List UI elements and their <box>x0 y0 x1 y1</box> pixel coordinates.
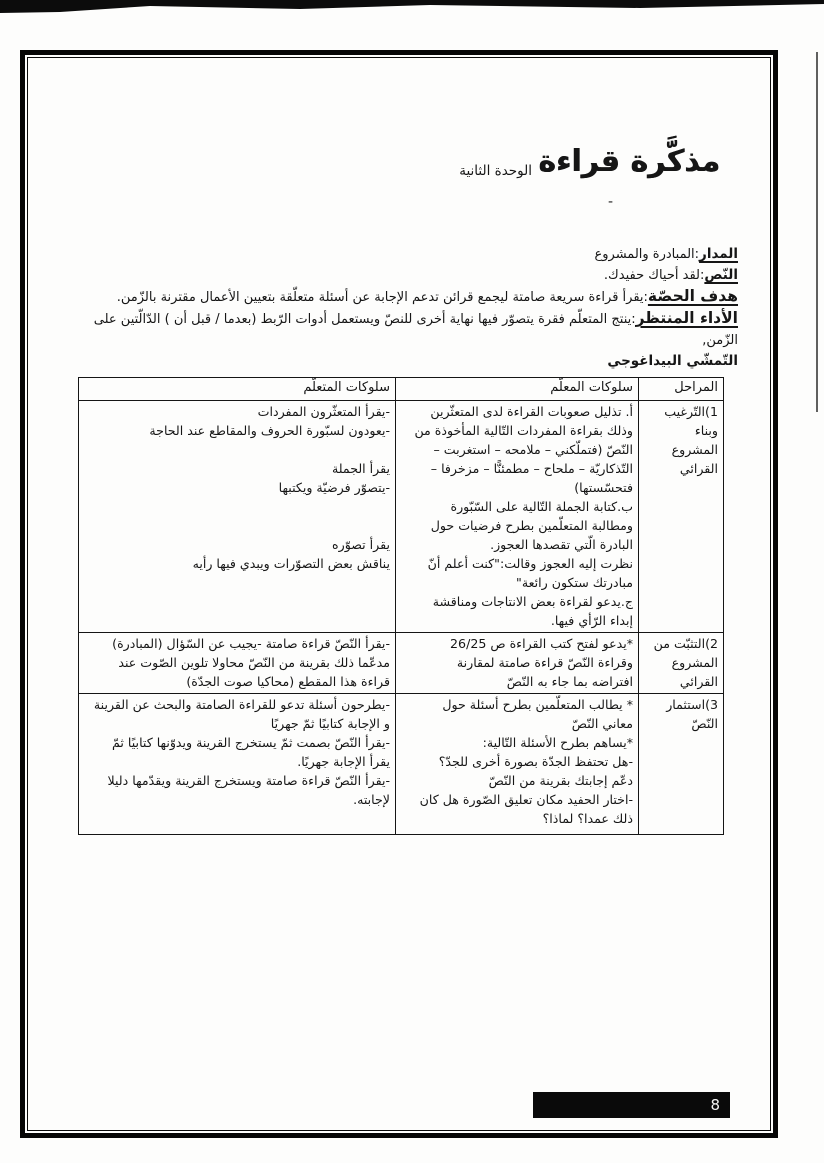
stage-3-name: 3)استثمار النّصّ <box>639 694 724 835</box>
stage-2-teacher-behaviors: *يدعو لفتح كتب القراءة ص 26/25 وقراءة ال… <box>396 633 639 694</box>
axis-label: المدار <box>699 246 738 262</box>
scan-artifact-dash: - <box>608 194 613 210</box>
lesson-plan-table: المراحل سلوكات المعلّم سلوكات المتعلّم 1… <box>78 377 724 835</box>
stage-3-learner-behaviors: -يطرحون أسئلة تدعو للقراءة الصامتة والبح… <box>79 694 396 835</box>
unit-label: الوحدة الثانية <box>459 163 532 179</box>
stage-1-teacher-behaviors: أ. تذليل صعوبات القراءة لدى المتعثّرين و… <box>396 401 639 633</box>
meta-line-text: النّص:لقد أحياك حفيدك. <box>70 265 738 286</box>
text-value: :لقد أحياك حفيدك. <box>604 268 704 283</box>
table-header-row: المراحل سلوكات المعلّم سلوكات المتعلّم <box>79 378 724 401</box>
lesson-meta-block: المدار:المبادرة والمشروع النّص:لقد أحياك… <box>70 244 738 371</box>
table-row-stage-1: 1)التّرغيب وبناء المشروع القرائي أ. تذلي… <box>79 401 724 633</box>
expected-performance-label: الأداء المنتظر <box>636 309 738 327</box>
stage-3-teacher-behaviors: * يطالب المتعلّمين بطرح أسئلة حول معاني … <box>396 694 639 835</box>
objective-value: :يقرأ قراءة سريعة صامتة ليجمع قرائن تدعم… <box>117 290 648 305</box>
col-header-learner-behaviors: سلوكات المتعلّم <box>79 378 396 401</box>
document-title: مذكَّرة قراءة <box>538 144 720 179</box>
meta-line-axis: المدار:المبادرة والمشروع <box>70 244 738 265</box>
scan-artifact-right-edge <box>816 52 818 412</box>
axis-value: :المبادرة والمشروع <box>595 247 700 262</box>
meta-line-objective: هدف الحصّة:يقرأ قراءة سريعة صامتة ليجمع … <box>70 286 738 308</box>
objective-label: هدف الحصّة <box>648 287 738 305</box>
meta-line-expected-performance: الأداء المنتظر:ينتج المتعلّم فقرة يتصوّر… <box>70 308 738 351</box>
scan-artifact-top-edge <box>0 0 824 13</box>
page-number: 8 <box>700 1096 730 1114</box>
footer-bar: 8 <box>533 1092 730 1118</box>
col-header-stages: المراحل <box>639 378 724 401</box>
pedagogical-approach-heading: التّمشّي البيداغوجي <box>70 351 738 371</box>
stage-1-name: 1)التّرغيب وبناء المشروع القرائي <box>639 401 724 633</box>
stage-2-name: 2)التثبّت من المشروع القرائي <box>639 633 724 694</box>
stage-2-learner-behaviors: -يقرأ النّصّ قراءة صامتة -يجيب عن السّؤا… <box>79 633 396 694</box>
col-header-teacher-behaviors: سلوكات المعلّم <box>396 378 639 401</box>
table-row-stage-2: 2)التثبّت من المشروع القرائي *يدعو لفتح … <box>79 633 724 694</box>
table-row-stage-3: 3)استثمار النّصّ * يطالب المتعلّمين بطرح… <box>79 694 724 835</box>
scanned-page: مذكَّرة قراءة الوحدة الثانية - المدار:ال… <box>0 0 824 1163</box>
text-label: النّص <box>704 267 738 283</box>
stage-1-learner-behaviors: -يقرأ المتعثّرون المفردات -يعودون لسبّور… <box>79 401 396 633</box>
